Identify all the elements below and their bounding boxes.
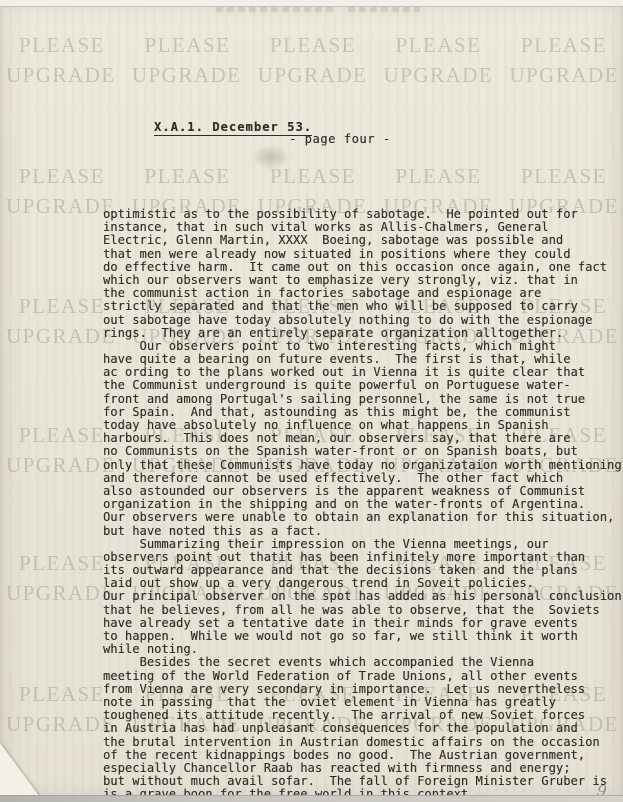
document-line: out sabotage have today absolutely nothi…	[103, 314, 623, 327]
document-line: only that these Communists have today no…	[103, 459, 623, 472]
page-top-edge	[0, 0, 623, 7]
document-line: do effective harm. It came out on this o…	[103, 261, 623, 274]
page-corner-fold	[0, 743, 40, 797]
document-line: of the recent kidnappings bodes no good.…	[103, 749, 623, 762]
document-line: in Austria has had unpleasant consequenc…	[103, 722, 623, 735]
document-line: that he believes, from all he was able t…	[103, 604, 623, 617]
document-line: that men were already now situated in po…	[103, 248, 623, 261]
document-line: rings. They are an entirely separate org…	[103, 327, 623, 340]
document-line: the brutal intervention in Austrian dome…	[103, 736, 623, 749]
document-line: Besides the secret events which accompan…	[103, 656, 623, 669]
document-line: from Vienna are very secondary in import…	[103, 683, 623, 696]
document-line: and therefore cannot be used effectively…	[103, 472, 623, 485]
document-line: strictly separated and that the men who …	[103, 300, 623, 313]
document-line: meeting of the World Federation of Trade…	[103, 670, 623, 683]
document-content: X.A.1. December 53. - page four - optimi…	[0, 0, 623, 802]
document-line: Summarizing their impression on the Vien…	[103, 538, 623, 551]
page-number-label: - page four -	[289, 132, 391, 146]
page-bottom-edge	[0, 795, 623, 802]
document-body: optimistic as to the possibility of sabo…	[103, 208, 623, 801]
document-reference: X.A.1. December 53.	[104, 106, 312, 148]
document-line: Our principal observer on the spot has a…	[103, 590, 623, 603]
document-line: Our observers were unable to obtain an e…	[103, 511, 623, 524]
document-line: the Communist underground is quite power…	[103, 379, 623, 392]
document-line: but have noted this as a fact.	[103, 525, 623, 538]
document-line: no Communists on the Spanish water-front…	[103, 445, 623, 458]
document-line: front and among Portugal's sailing perso…	[103, 393, 623, 406]
document-line: Electric, Glenn Martin, XXXX Boeing, sab…	[103, 234, 623, 247]
scanned-document-page: PLEASEPLEASEPLEASEPLEASEPLEASEUPGRADEUPG…	[0, 0, 623, 802]
